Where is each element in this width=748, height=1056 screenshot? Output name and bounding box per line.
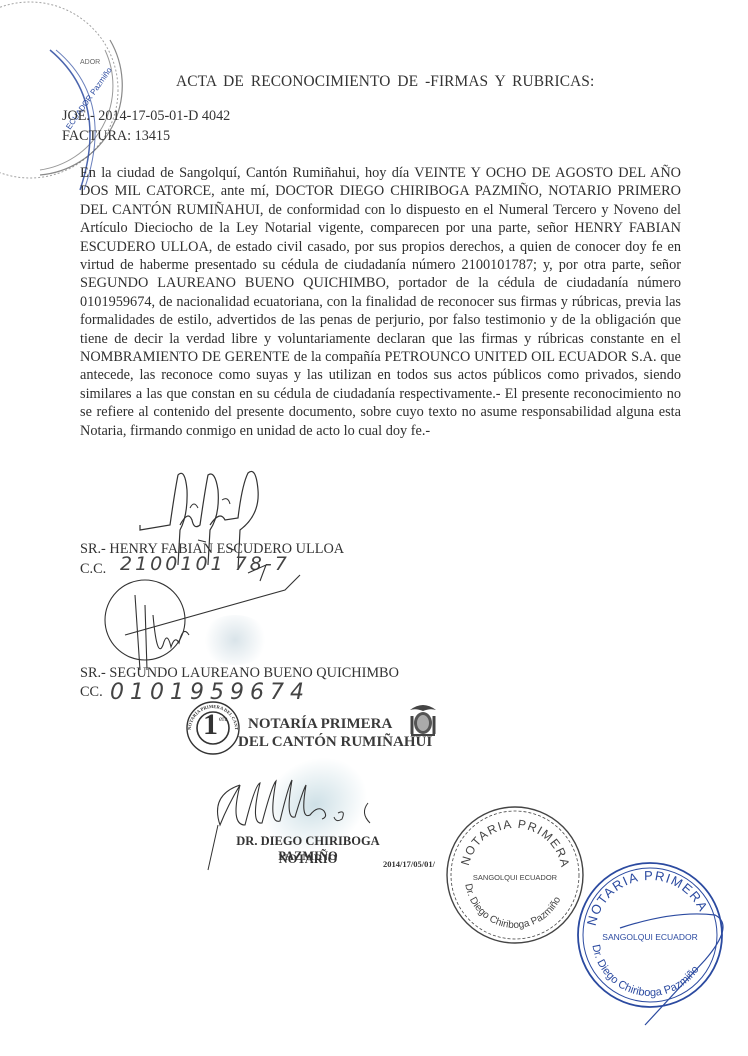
svg-text:ADOR: ADOR [80,59,100,66]
joe-reference: JOE.- 2014-17-05-01-D 4042 [62,108,230,125]
document-body: En la ciudad de Sangolquí, Cantón Rumiña… [80,164,681,440]
svg-text:Dr. Diego Chiriboga Pazmiño: Dr. Diego Chiriboga Pazmiño [589,944,701,1000]
stamp-date: 2014/17/05/01/ [383,859,435,869]
svg-text:NOTARIA PRIMERA: NOTARIA PRIMERA [458,817,573,870]
signatory-2-id-prefix: CC. [80,684,103,701]
svg-text:SANGOLQUI ECUADOR: SANGOLQUI ECUADOR [602,932,697,942]
notary-round-stamp-blue: NOTARIA PRIMERA SANGOLQUI ECUADOR Dr. Di… [565,850,735,1020]
ecuador-coat-of-arms-icon [406,702,440,738]
partial-notary-stamp-top-left: ADOR ECUADOR Pazmiño [10,20,150,180]
seal-number: 1 [203,710,218,740]
notary-header-line1: NOTARÍA PRIMERA [248,716,392,733]
svg-text:Dr. Diego Chiriboga Pazmiño: Dr. Diego Chiriboga Pazmiño [462,883,563,931]
invoice-number: FACTURA: 13415 [62,128,170,145]
notary-role: NOTARIO [218,852,398,867]
document-title: ACTA DE RECONOCIMIENTO DE -FIRMAS Y RUBR… [176,73,594,91]
seal-suffix: era [219,715,228,723]
svg-text:SANGOLQUI ECUADOR: SANGOLQUI ECUADOR [473,873,558,882]
ink-smudge [200,615,270,665]
